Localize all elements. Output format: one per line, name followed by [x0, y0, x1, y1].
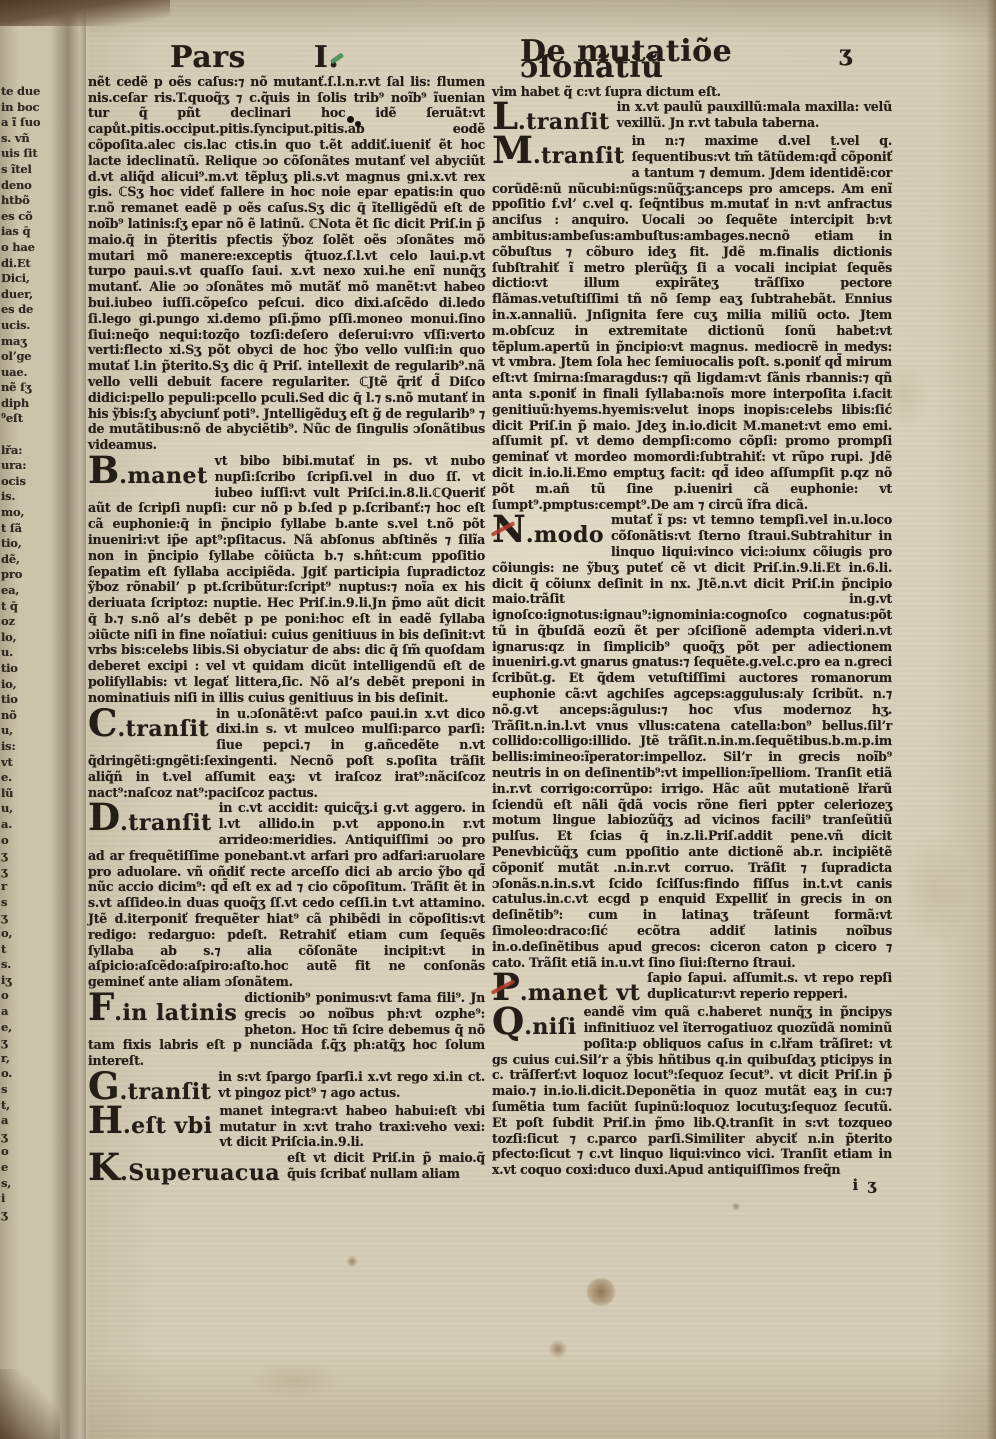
section-body: in n:⁊ maxime d.vel t.vel q. ſequentibus… [492, 133, 892, 511]
initial-letter-k: K [88, 1152, 120, 1182]
section-f-in-latinis: F.in latinis dictionib⁹ ponimus:vt fama … [88, 990, 485, 1069]
initial-letter-b: B [88, 455, 119, 485]
initial-letter-f: F [88, 992, 114, 1022]
section-m-transit: M.tranſit in n:⁊ maxime d.vel t.vel q. ſ… [492, 133, 892, 512]
section-heading-word: .Superuacua [120, 1160, 280, 1186]
initial-letter-c: C [88, 708, 117, 738]
quire-signature: i ʒ [492, 1178, 892, 1194]
section-heading: B.manet [88, 455, 208, 487]
binding-corner-bottom-left [0, 1369, 60, 1439]
section-heading-word: .tranſit [117, 716, 209, 742]
initial-letter-p-rubricated: P [492, 972, 520, 1002]
section-body: ſapio ſapui. aſſumit.s. vt repo repſi du… [647, 970, 892, 1001]
section-g-transit: G.tranſit in s:vt ſpargo ſparſi.i x.vt r… [88, 1069, 485, 1101]
section-heading: N.modo [492, 514, 604, 546]
ink-spot [355, 121, 361, 127]
section-body: eſt vt dicit Priſ.in p̃ maio.q̃ q̃uis ſc… [287, 1150, 485, 1181]
carryover-line: vim habet q̃ c:vt ſupra dictum eſt. [492, 84, 892, 100]
initial-letter-h: H [88, 1105, 123, 1135]
left-column: Pars I. nẽt cedẽ p oẽs caſus:⁊ nõ mutanť… [88, 50, 485, 1184]
running-head-right-title: De mutatiõe ɔſonãtiũ [520, 44, 839, 76]
section-h-est-vbi: H.eſt vbi manet integra:vt habeo habui:e… [88, 1103, 485, 1150]
section-heading: F.in latinis [88, 992, 237, 1024]
initial-letter-m: M [492, 135, 533, 165]
section-heading-word: .eſt vbi [123, 1113, 212, 1139]
right-column: De mutatiõe ɔſonãtiũ ʒ vim habet q̃ c:vt… [492, 44, 892, 1194]
section-heading-word: .modo [526, 522, 604, 548]
pilcrow-mark: ʒ [839, 47, 892, 63]
running-head-left: Pars I. [88, 50, 485, 66]
section-body: vt bibo bibi.mutať in ps. vt nubo nupſi:… [88, 453, 485, 705]
section-heading: C.tranſit [88, 708, 209, 740]
section-heading-word: .tranſit [120, 1079, 212, 1105]
ink-spot [347, 116, 354, 123]
section-heading: K.Superuacua [88, 1152, 280, 1184]
section-heading-word: .in latinis [114, 1000, 237, 1026]
section-b-manet: B.manet vt bibo bibi.mutať in ps. vt nub… [88, 453, 485, 706]
section-p-manet: P.manet vt ſapio ſapui. aſſumit.s. vt re… [492, 970, 892, 1002]
section-heading-word: .manet vt [520, 980, 640, 1006]
section-heading-word: .niſi [524, 1014, 576, 1040]
section-body: in x.vt paulũ pauxillũ:mala maxilla: vel… [617, 99, 892, 130]
section-q-nisi: Q.niſi eandẽ vim quã c.haberet nunq̃ʒ in… [492, 1004, 892, 1178]
initial-letter-q-green: Q [492, 1006, 524, 1036]
section-heading-word: .tranſit [533, 143, 625, 169]
section-l-transit: L.tranſit in x.vt paulũ pauxillũ:mala ma… [492, 99, 892, 131]
initial-letter-g: G [88, 1071, 120, 1101]
section-heading: D.tranſit [88, 802, 212, 834]
running-head-left-word: Pars [170, 50, 246, 66]
section-body: mutať ĩ ps: vt temno tempſi.vel in.u.loc… [492, 512, 892, 969]
section-body: in s:vt ſpargo ſparſi.i x.vt rego xi.in … [218, 1069, 485, 1100]
page-edge-right [986, 0, 996, 1439]
initial-letter-d: D [88, 802, 120, 832]
intro-paragraph: nẽt cedẽ p oẽs caſus:⁊ nõ mutanť.ſ.l.n.r… [88, 74, 485, 453]
intro-paragraph-text: nẽt cedẽ p oẽs caſus:⁊ nõ mutanť.ſ.l.n.r… [88, 74, 485, 452]
book-page-scan: { "page": { "header_left_word": "Pars", … [0, 0, 996, 1439]
section-heading: H.eſt vbi [88, 1105, 212, 1137]
section-heading: Q.niſi [492, 1006, 577, 1038]
gutter-fold-shadow [50, 0, 90, 1439]
binding-corner-top-left [0, 0, 170, 26]
running-head-right: De mutatiõe ɔſonãtiũ ʒ [492, 44, 892, 76]
section-heading-word: .manet [119, 463, 207, 489]
section-n-modo: N.modo mutať ĩ ps: vt temno tempſi.vel i… [492, 512, 892, 970]
carryover-line-text: vim habet q̃ c:vt ſupra dictum eſt. [492, 84, 721, 99]
section-heading: M.tranſit [492, 135, 625, 167]
section-body: manet integra:vt habeo habui:eſt vbi mut… [219, 1103, 485, 1150]
section-heading-word: .tranſit [120, 810, 212, 836]
section-k-superuacua: K.Superuacua eſt vt dicit Priſ.in p̃ mai… [88, 1150, 485, 1182]
initial-letter-l: L [492, 101, 518, 131]
section-c-transit: C.tranſit in u.ɔſonãtẽ:vt paſco paui.in … [88, 706, 485, 801]
section-d-transit: D.tranſit in c.vt accidit: quicq̃ʒ.i g.v… [88, 800, 485, 990]
initial-letter-n-rubricated: N [492, 514, 526, 544]
